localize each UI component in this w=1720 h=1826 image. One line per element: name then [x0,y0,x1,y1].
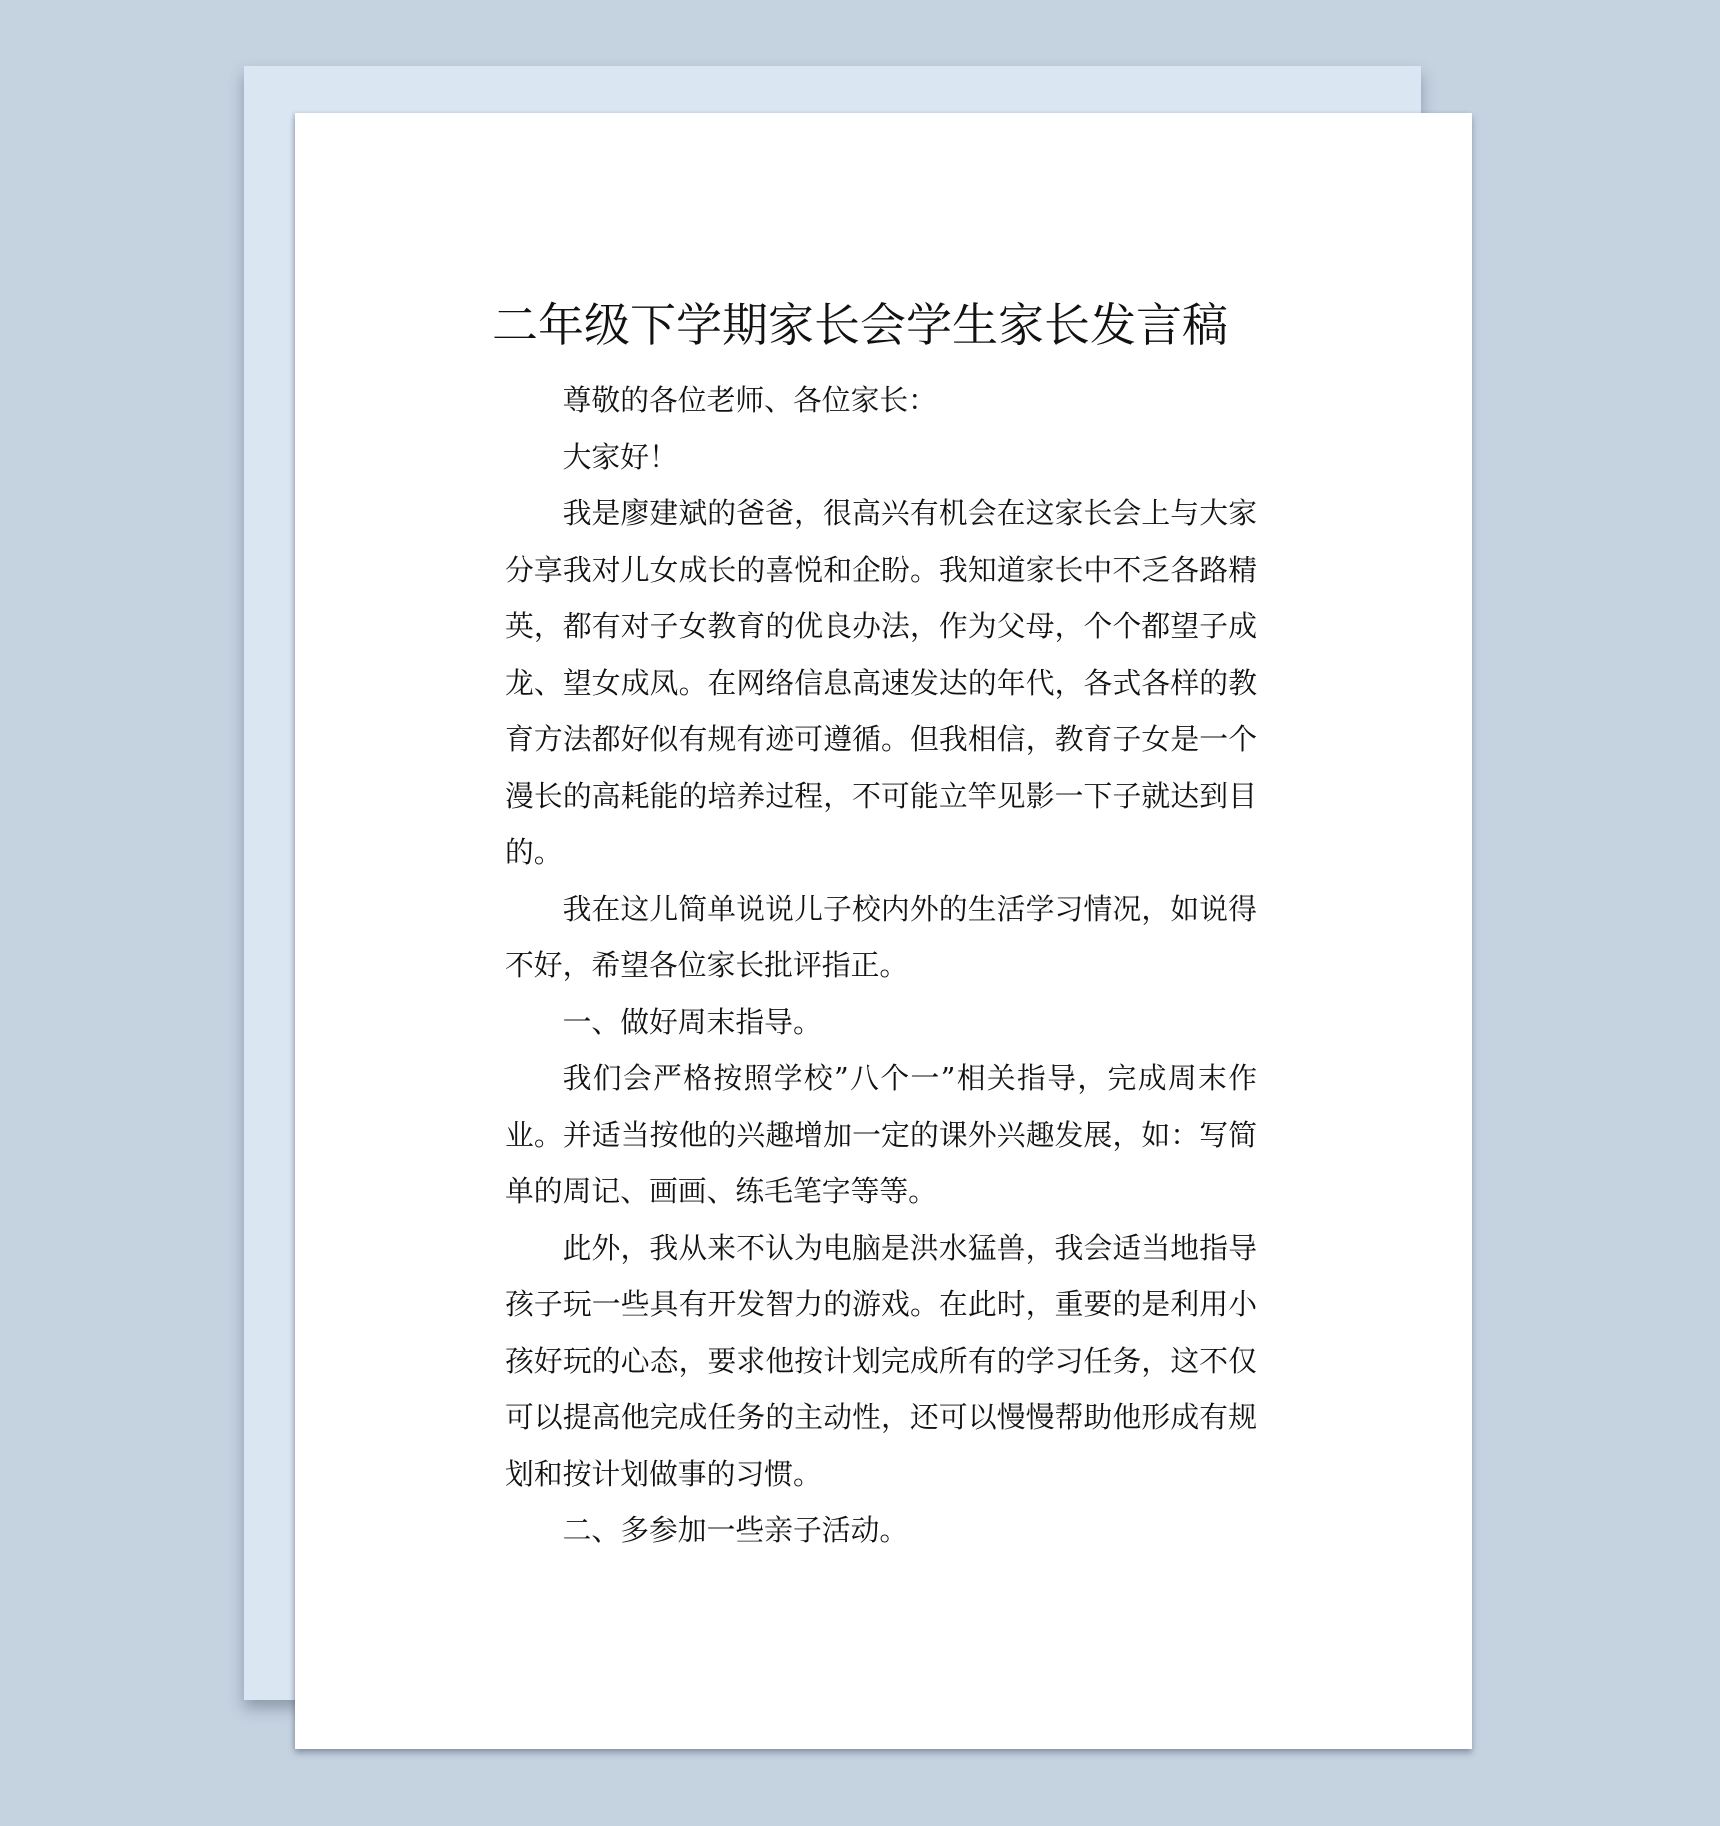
greeting: 大家好！ [505,429,1257,486]
paragraph-overview: 我在这儿简单说说儿子校内外的生活学习情况，如说得不好，希望各位家长批评指正。 [505,881,1257,994]
document-title: 二年级下学期家长会学生家长发言稿 [0,296,1720,354]
document-body: 尊敬的各位老师、各位家长： 大家好！ 我是廖建斌的爸爸，很高兴有机会在这家长会上… [505,372,1257,1559]
section-heading-1: 一、做好周末指导。 [505,994,1257,1051]
salutation: 尊敬的各位老师、各位家长： [505,372,1257,429]
paragraph-introduction: 我是廖建斌的爸爸，很高兴有机会在这家长会上与大家分享我对儿女成长的喜悦和企盼。我… [505,485,1257,881]
section-heading-2: 二、多参加一些亲子活动。 [505,1502,1257,1559]
paragraph-computer-games: 此外，我从来不认为电脑是洪水猛兽，我会适当地指导孩子玩一些具有开发智力的游戏。在… [505,1220,1257,1503]
paragraph-weekend-guidance: 我们会严格按照学校”八个一”相关指导，完成周末作业。并适当按他的兴趣增加一定的课… [505,1050,1257,1220]
